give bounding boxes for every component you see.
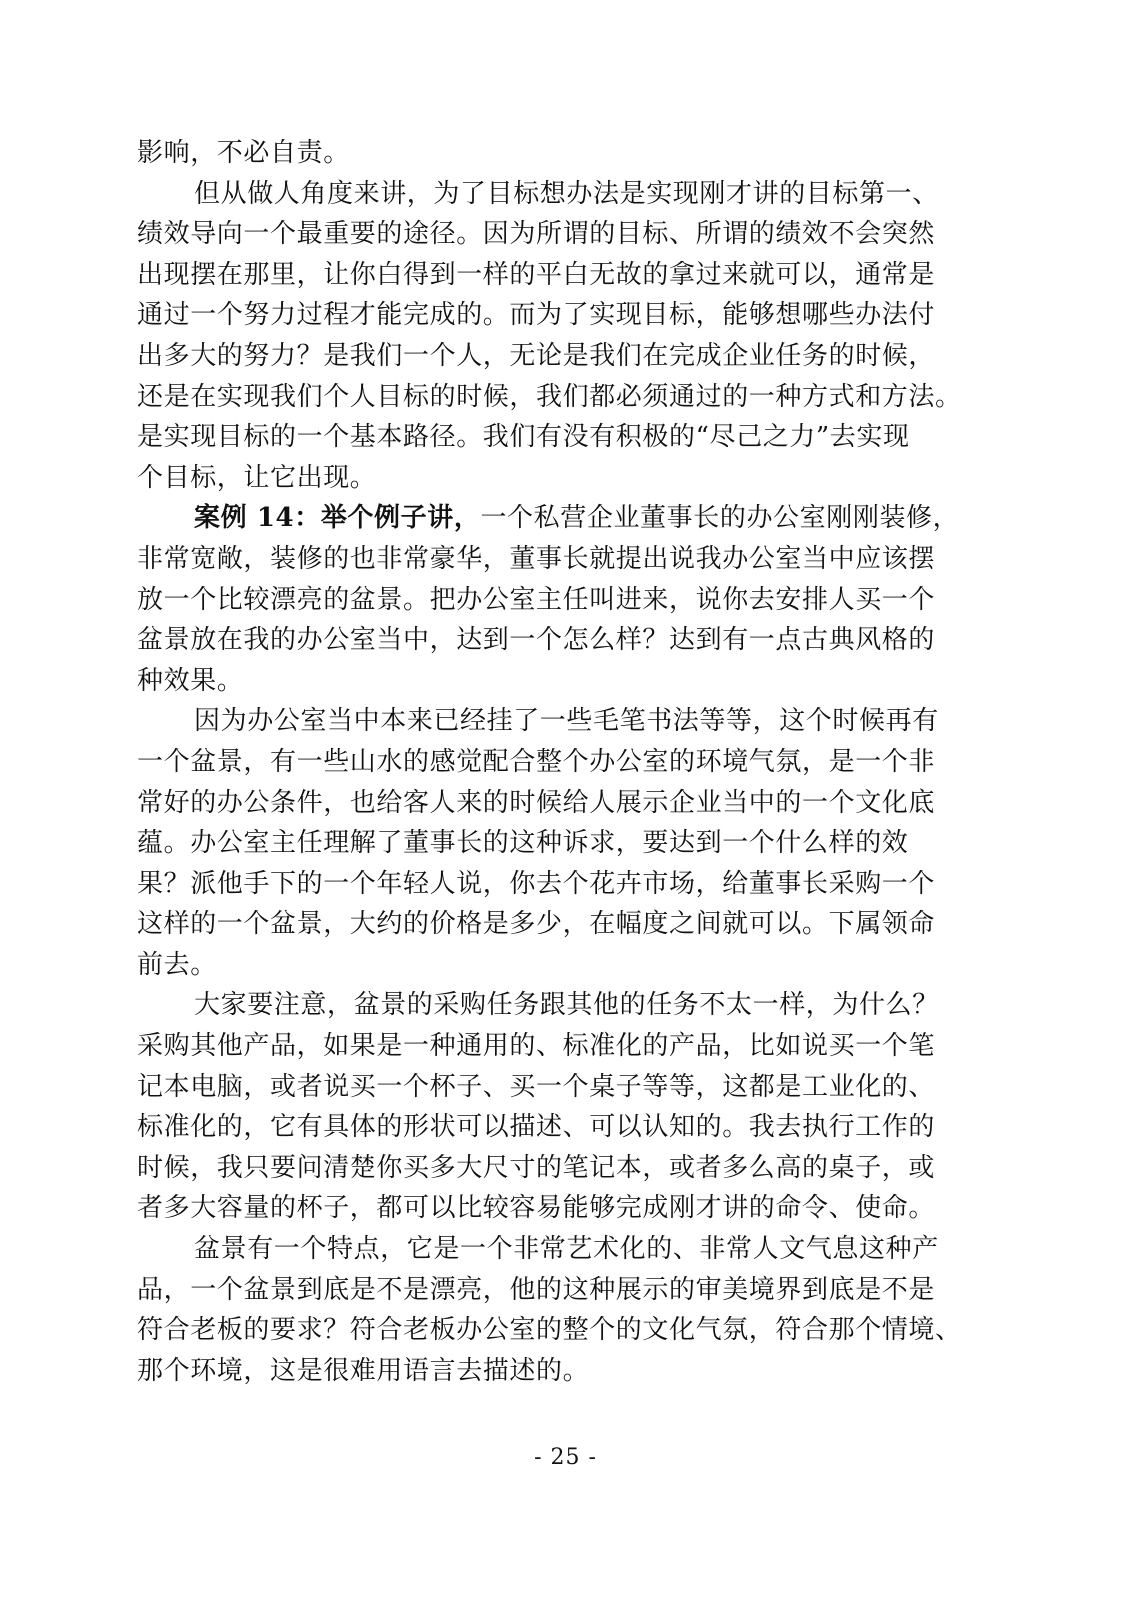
text-line: 是实现目标的一个基本路径。我们有没有积极的“尽己之力”去实现: [137, 417, 987, 458]
text-line: 蕴。办公室主任理解了董事长的这种诉求，要达到一个什么样的效: [137, 823, 987, 864]
text-line: 绩效导向一个最重要的途径。因为所谓的目标、所谓的绩效不会突然: [137, 214, 987, 255]
text-line: 记本电脑，或者说买一个杯子、买一个桌子等等，这都是工业化的、: [137, 1067, 987, 1108]
text-line: 前去。: [137, 945, 987, 986]
paragraph-first-line: 盆景有一个特点，它是一个非常艺术化的、非常人文气息这种产: [137, 1229, 987, 1270]
page-number: - 25 -: [0, 1443, 1131, 1473]
text-line: 那个环境，这是很难用语言去描述的。: [137, 1351, 987, 1392]
text-line: 种效果。: [137, 661, 987, 702]
text-line: 这样的一个盆景，大约的价格是多少，在幅度之间就可以。下属领命: [137, 904, 987, 945]
document-page: 影响，不必自责。 但从做人角度来讲，为了目标想办法是实现刚才讲的目标第一、 绩效…: [0, 0, 1131, 1600]
text-line: 盆景放在我的办公室当中，达到一个怎么样？达到有一点古典风格的: [137, 620, 987, 661]
text-line: 出多大的努力？是我们一个人，无论是我们在完成企业任务的时候，: [137, 336, 987, 377]
paragraph-first-line: 但从做人角度来讲，为了目标想办法是实现刚才讲的目标第一、: [137, 174, 987, 215]
text-line: 还是在实现我们个人目标的时候，我们都必须通过的一种方式和方法。: [137, 377, 987, 418]
text-line: 放一个比较漂亮的盆景。把办公室主任叫进来，说你去安排人买一个: [137, 580, 987, 621]
case-label: 案例 14：举个例子讲，: [194, 503, 480, 533]
body-text: 影响，不必自责。 但从做人角度来讲，为了目标想办法是实现刚才讲的目标第一、 绩效…: [137, 133, 987, 1391]
case-text: 一个私营企业董事长的办公室刚刚装修，: [480, 503, 959, 533]
text-line: 常好的办公条件，也给客人来的时候给人展示企业当中的一个文化底: [137, 783, 987, 824]
text-line: 个目标，让它出现。: [137, 458, 987, 499]
text-line: 符合老板的要求？符合老板办公室的整个的文化气氛，符合那个情境、: [137, 1310, 987, 1351]
text-line: 品，一个盆景到底是不是漂亮，他的这种展示的审美境界到底是不是: [137, 1270, 987, 1311]
paragraph-first-line: 因为办公室当中本来已经挂了一些毛笔书法等等，这个时候再有: [137, 701, 987, 742]
paragraph-first-line: 案例 14：举个例子讲，一个私营企业董事长的办公室刚刚装修，: [137, 498, 987, 539]
text-line: 影响，不必自责。: [137, 133, 987, 174]
text-line: 采购其他产品，如果是一种通用的、标准化的产品，比如说买一个笔: [137, 1026, 987, 1067]
text-line: 标准化的，它有具体的形状可以描述、可以认知的。我去执行工作的: [137, 1107, 987, 1148]
text-line: 通过一个努力过程才能完成的。而为了实现目标，能够想哪些办法付: [137, 295, 987, 336]
text-line: 者多大容量的杯子，都可以比较容易能够完成刚才讲的命令、使命。: [137, 1188, 987, 1229]
text-line: 一个盆景，有一些山水的感觉配合整个办公室的环境气氛，是一个非: [137, 742, 987, 783]
text-line: 时候，我只要问清楚你买多大尺寸的笔记本，或者多么高的桌子，或: [137, 1148, 987, 1189]
text-line: 出现摆在那里，让你白得到一样的平白无故的拿过来就可以，通常是: [137, 255, 987, 296]
text-line: 果？派他手下的一个年轻人说，你去个花卉市场，给董事长采购一个: [137, 864, 987, 905]
text-line: 非常宽敞，装修的也非常豪华，董事长就提出说我办公室当中应该摆: [137, 539, 987, 580]
paragraph-first-line: 大家要注意，盆景的采购任务跟其他的任务不太一样，为什么？: [137, 985, 987, 1026]
